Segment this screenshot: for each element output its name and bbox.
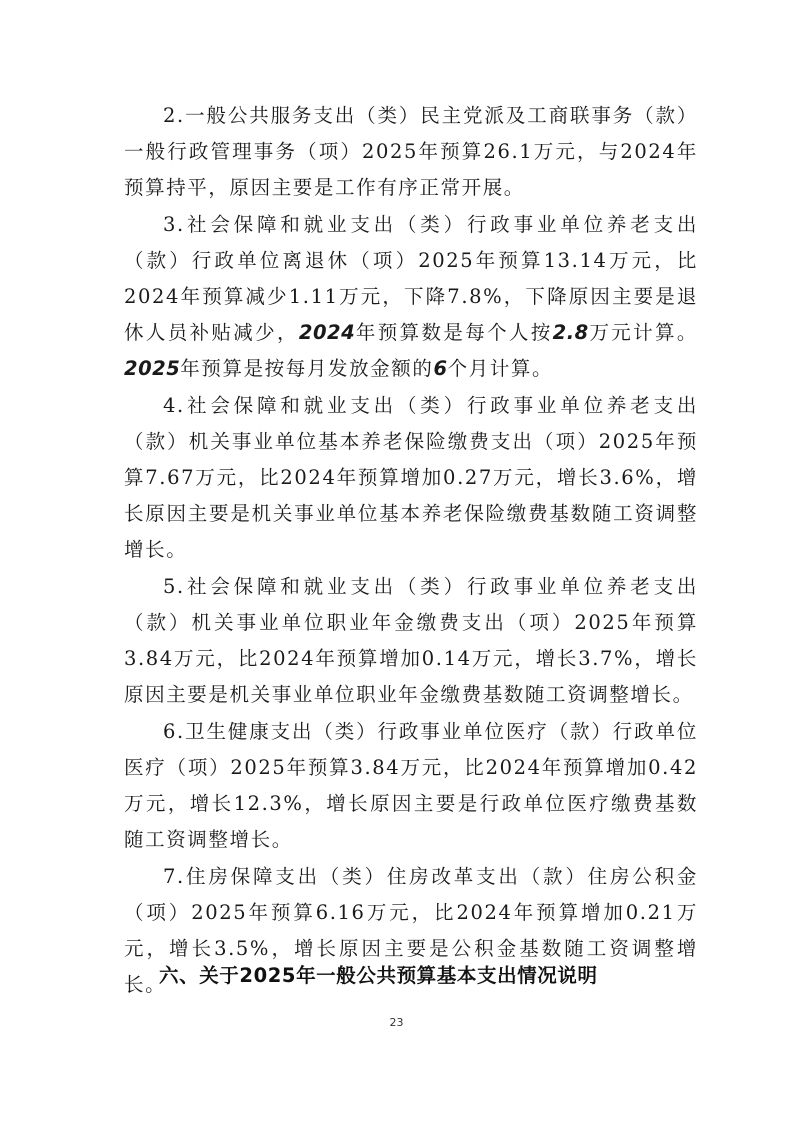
paragraph-item-5: 5.社会保障和就业支出（类）行政事业单位养老支出（款）机关事业单位职业年金缴费支… [124, 569, 698, 713]
document-body: 2.一般公共服务支出（类）民主党派及工商联事务（款）一般行政管理事务（项）202… [124, 98, 698, 1004]
paragraph-text: 万元计算。 [589, 321, 698, 344]
emphasized-number: 2024 [299, 321, 355, 344]
section-heading: 六、关于2025年一般公共预算基本支出情况说明 [159, 958, 598, 994]
paragraph-item-6: 6.卫生健康支出（类）行政事业单位医疗（款）行政单位医疗（项）2025年预算3.… [124, 714, 698, 858]
paragraph-text: 年预算数是每个人按 [355, 321, 552, 344]
paragraph-item-4: 4.社会保障和就业支出（类）行政事业单位养老支出（款）机关事业单位基本养老保险缴… [124, 388, 698, 568]
paragraph-text: 4.社会保障和就业支出（类）行政事业单位养老支出（款）机关事业单位基本养老保险缴… [124, 394, 698, 561]
paragraph-item-3: 3.社会保障和就业支出（类）行政事业单位养老支出（款）行政单位离退休（项）202… [124, 207, 698, 387]
emphasized-number: 2025 [124, 357, 180, 380]
emphasized-number: 2.8 [553, 321, 589, 344]
paragraph-text: 6.卫生健康支出（类）行政事业单位医疗（款）行政单位医疗（项）2025年预算3.… [124, 720, 698, 851]
paragraph-text: 5.社会保障和就业支出（类）行政事业单位养老支出（款）机关事业单位职业年金缴费支… [124, 575, 698, 706]
document-page: 2.一般公共服务支出（类）民主党派及工商联事务（款）一般行政管理事务（项）202… [0, 0, 793, 1122]
paragraph-text: 年预算是按每月发放金额的 [180, 357, 433, 380]
paragraph-item-2: 2.一般公共服务支出（类）民主党派及工商联事务（款）一般行政管理事务（项）202… [124, 98, 698, 206]
emphasized-number: 6 [433, 357, 447, 380]
page-number: 23 [0, 1016, 793, 1029]
paragraph-text: 个月计算。 [448, 357, 554, 380]
paragraph-text: 2.一般公共服务支出（类）民主党派及工商联事务（款）一般行政管理事务（项）202… [124, 104, 698, 199]
